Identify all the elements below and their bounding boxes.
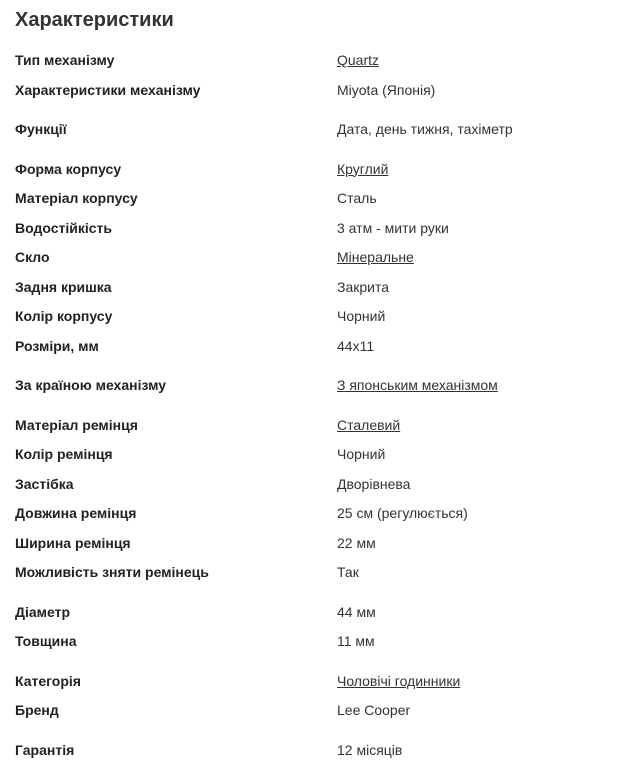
- spec-row: Колір ремінцяЧорний: [15, 440, 625, 470]
- spec-value: Чорний: [337, 302, 385, 332]
- spec-label: Колір корпусу: [15, 302, 337, 332]
- spec-label: Водостійкість: [15, 214, 337, 244]
- spec-label: Характеристики механізму: [15, 76, 337, 106]
- spec-row: Характеристики механізмуMiyota (Японія): [15, 76, 625, 106]
- spec-value: Так: [337, 558, 359, 588]
- spec-label: Скло: [15, 243, 337, 273]
- spec-label: Категорія: [15, 667, 337, 697]
- spec-value: Чоловічі годинники: [337, 667, 460, 697]
- spec-label: Тип механізму: [15, 46, 337, 76]
- spec-row: Довжина ремінця25 см (регулюється): [15, 499, 625, 529]
- spec-value-link[interactable]: Круглий: [337, 161, 388, 177]
- spec-label: Ширина ремінця: [15, 529, 337, 559]
- spec-label: За країною механізму: [15, 371, 337, 401]
- spec-label: Бренд: [15, 696, 337, 726]
- spec-label: Розміри, мм: [15, 332, 337, 362]
- spec-row: Гарантія12 місяців: [15, 736, 625, 763]
- spec-row: Ширина ремінця22 мм: [15, 529, 625, 559]
- spec-value: Закрита: [337, 273, 389, 303]
- spec-label: Застібка: [15, 470, 337, 500]
- specifications-section: Характеристики Тип механізмуQuartzХаракт…: [0, 0, 640, 763]
- spec-label: Матеріал корпусу: [15, 184, 337, 214]
- spec-row: Діаметр44 мм: [15, 598, 625, 628]
- spec-label: Колір ремінця: [15, 440, 337, 470]
- spec-row: КатегоріяЧоловічі годинники: [15, 667, 625, 697]
- spec-row: Матеріал корпусуСталь: [15, 184, 625, 214]
- spec-row: Задня кришкаЗакрита: [15, 273, 625, 303]
- spec-row: Водостійкість3 атм - мити руки: [15, 214, 625, 244]
- spec-value: Круглий: [337, 155, 388, 185]
- spec-value: 12 місяців: [337, 736, 402, 763]
- spec-row: Форма корпусуКруглий: [15, 155, 625, 185]
- spec-label: Діаметр: [15, 598, 337, 628]
- spec-row: Колір корпусуЧорний: [15, 302, 625, 332]
- spec-value: Мінеральне: [337, 243, 414, 273]
- spec-row: Можливість зняти ремінецьТак: [15, 558, 625, 588]
- spec-group: За країною механізмуЗ японським механізм…: [15, 371, 625, 401]
- spec-group: КатегоріяЧоловічі годинникиБрендLee Coop…: [15, 667, 625, 726]
- spec-label: Довжина ремінця: [15, 499, 337, 529]
- spec-value: 25 см (регулюється): [337, 499, 468, 529]
- spec-row: За країною механізмуЗ японським механізм…: [15, 371, 625, 401]
- spec-row: Матеріал ремінцяСталевий: [15, 411, 625, 441]
- spec-group: ФункціїДата, день тижня, тахіметр: [15, 115, 625, 145]
- spec-value-link[interactable]: Мінеральне: [337, 249, 414, 265]
- spec-value: 3 атм - мити руки: [337, 214, 449, 244]
- specifications-list: Тип механізмуQuartzХарактеристики механі…: [15, 46, 625, 763]
- spec-row: БрендLee Cooper: [15, 696, 625, 726]
- spec-row: Тип механізмуQuartz: [15, 46, 625, 76]
- spec-group: Діаметр44 ммТовщина11 мм: [15, 598, 625, 657]
- spec-label: Гарантія: [15, 736, 337, 763]
- spec-value: Дата, день тижня, тахіметр: [337, 115, 513, 145]
- spec-group: Матеріал ремінцяСталевийКолір ремінцяЧор…: [15, 411, 625, 588]
- spec-value: 22 мм: [337, 529, 376, 559]
- spec-value: Сталь: [337, 184, 377, 214]
- spec-value: 44x11: [337, 332, 374, 362]
- spec-value: З японським механізмом: [337, 371, 498, 401]
- spec-value-link[interactable]: Сталевий: [337, 417, 400, 433]
- spec-row: Товщина11 мм: [15, 627, 625, 657]
- spec-row: ФункціїДата, день тижня, тахіметр: [15, 115, 625, 145]
- spec-value: Lee Cooper: [337, 696, 410, 726]
- spec-row: ЗастібкаДворівнева: [15, 470, 625, 500]
- spec-value-link[interactable]: Чоловічі годинники: [337, 673, 460, 689]
- spec-row: Розміри, мм44x11: [15, 332, 625, 362]
- spec-label: Товщина: [15, 627, 337, 657]
- spec-label: Функції: [15, 115, 337, 145]
- spec-value: Дворівнева: [337, 470, 410, 500]
- spec-value: Quartz: [337, 46, 379, 76]
- spec-group: Форма корпусуКруглийМатеріал корпусуСтал…: [15, 155, 625, 362]
- spec-value: Miyota (Японія): [337, 76, 435, 106]
- spec-value-link[interactable]: Quartz: [337, 52, 379, 68]
- spec-label: Форма корпусу: [15, 155, 337, 185]
- section-title: Характеристики: [15, 0, 625, 46]
- spec-row: СклоМінеральне: [15, 243, 625, 273]
- spec-value: Сталевий: [337, 411, 400, 441]
- spec-value: 44 мм: [337, 598, 376, 628]
- spec-label: Задня кришка: [15, 273, 337, 303]
- spec-label: Можливість зняти ремінець: [15, 558, 337, 588]
- spec-value: 11 мм: [337, 627, 375, 657]
- spec-group: Тип механізмуQuartzХарактеристики механі…: [15, 46, 625, 105]
- spec-label: Матеріал ремінця: [15, 411, 337, 441]
- spec-value-link[interactable]: З японським механізмом: [337, 377, 498, 393]
- spec-group: Гарантія12 місяців: [15, 736, 625, 763]
- spec-value: Чорний: [337, 440, 385, 470]
